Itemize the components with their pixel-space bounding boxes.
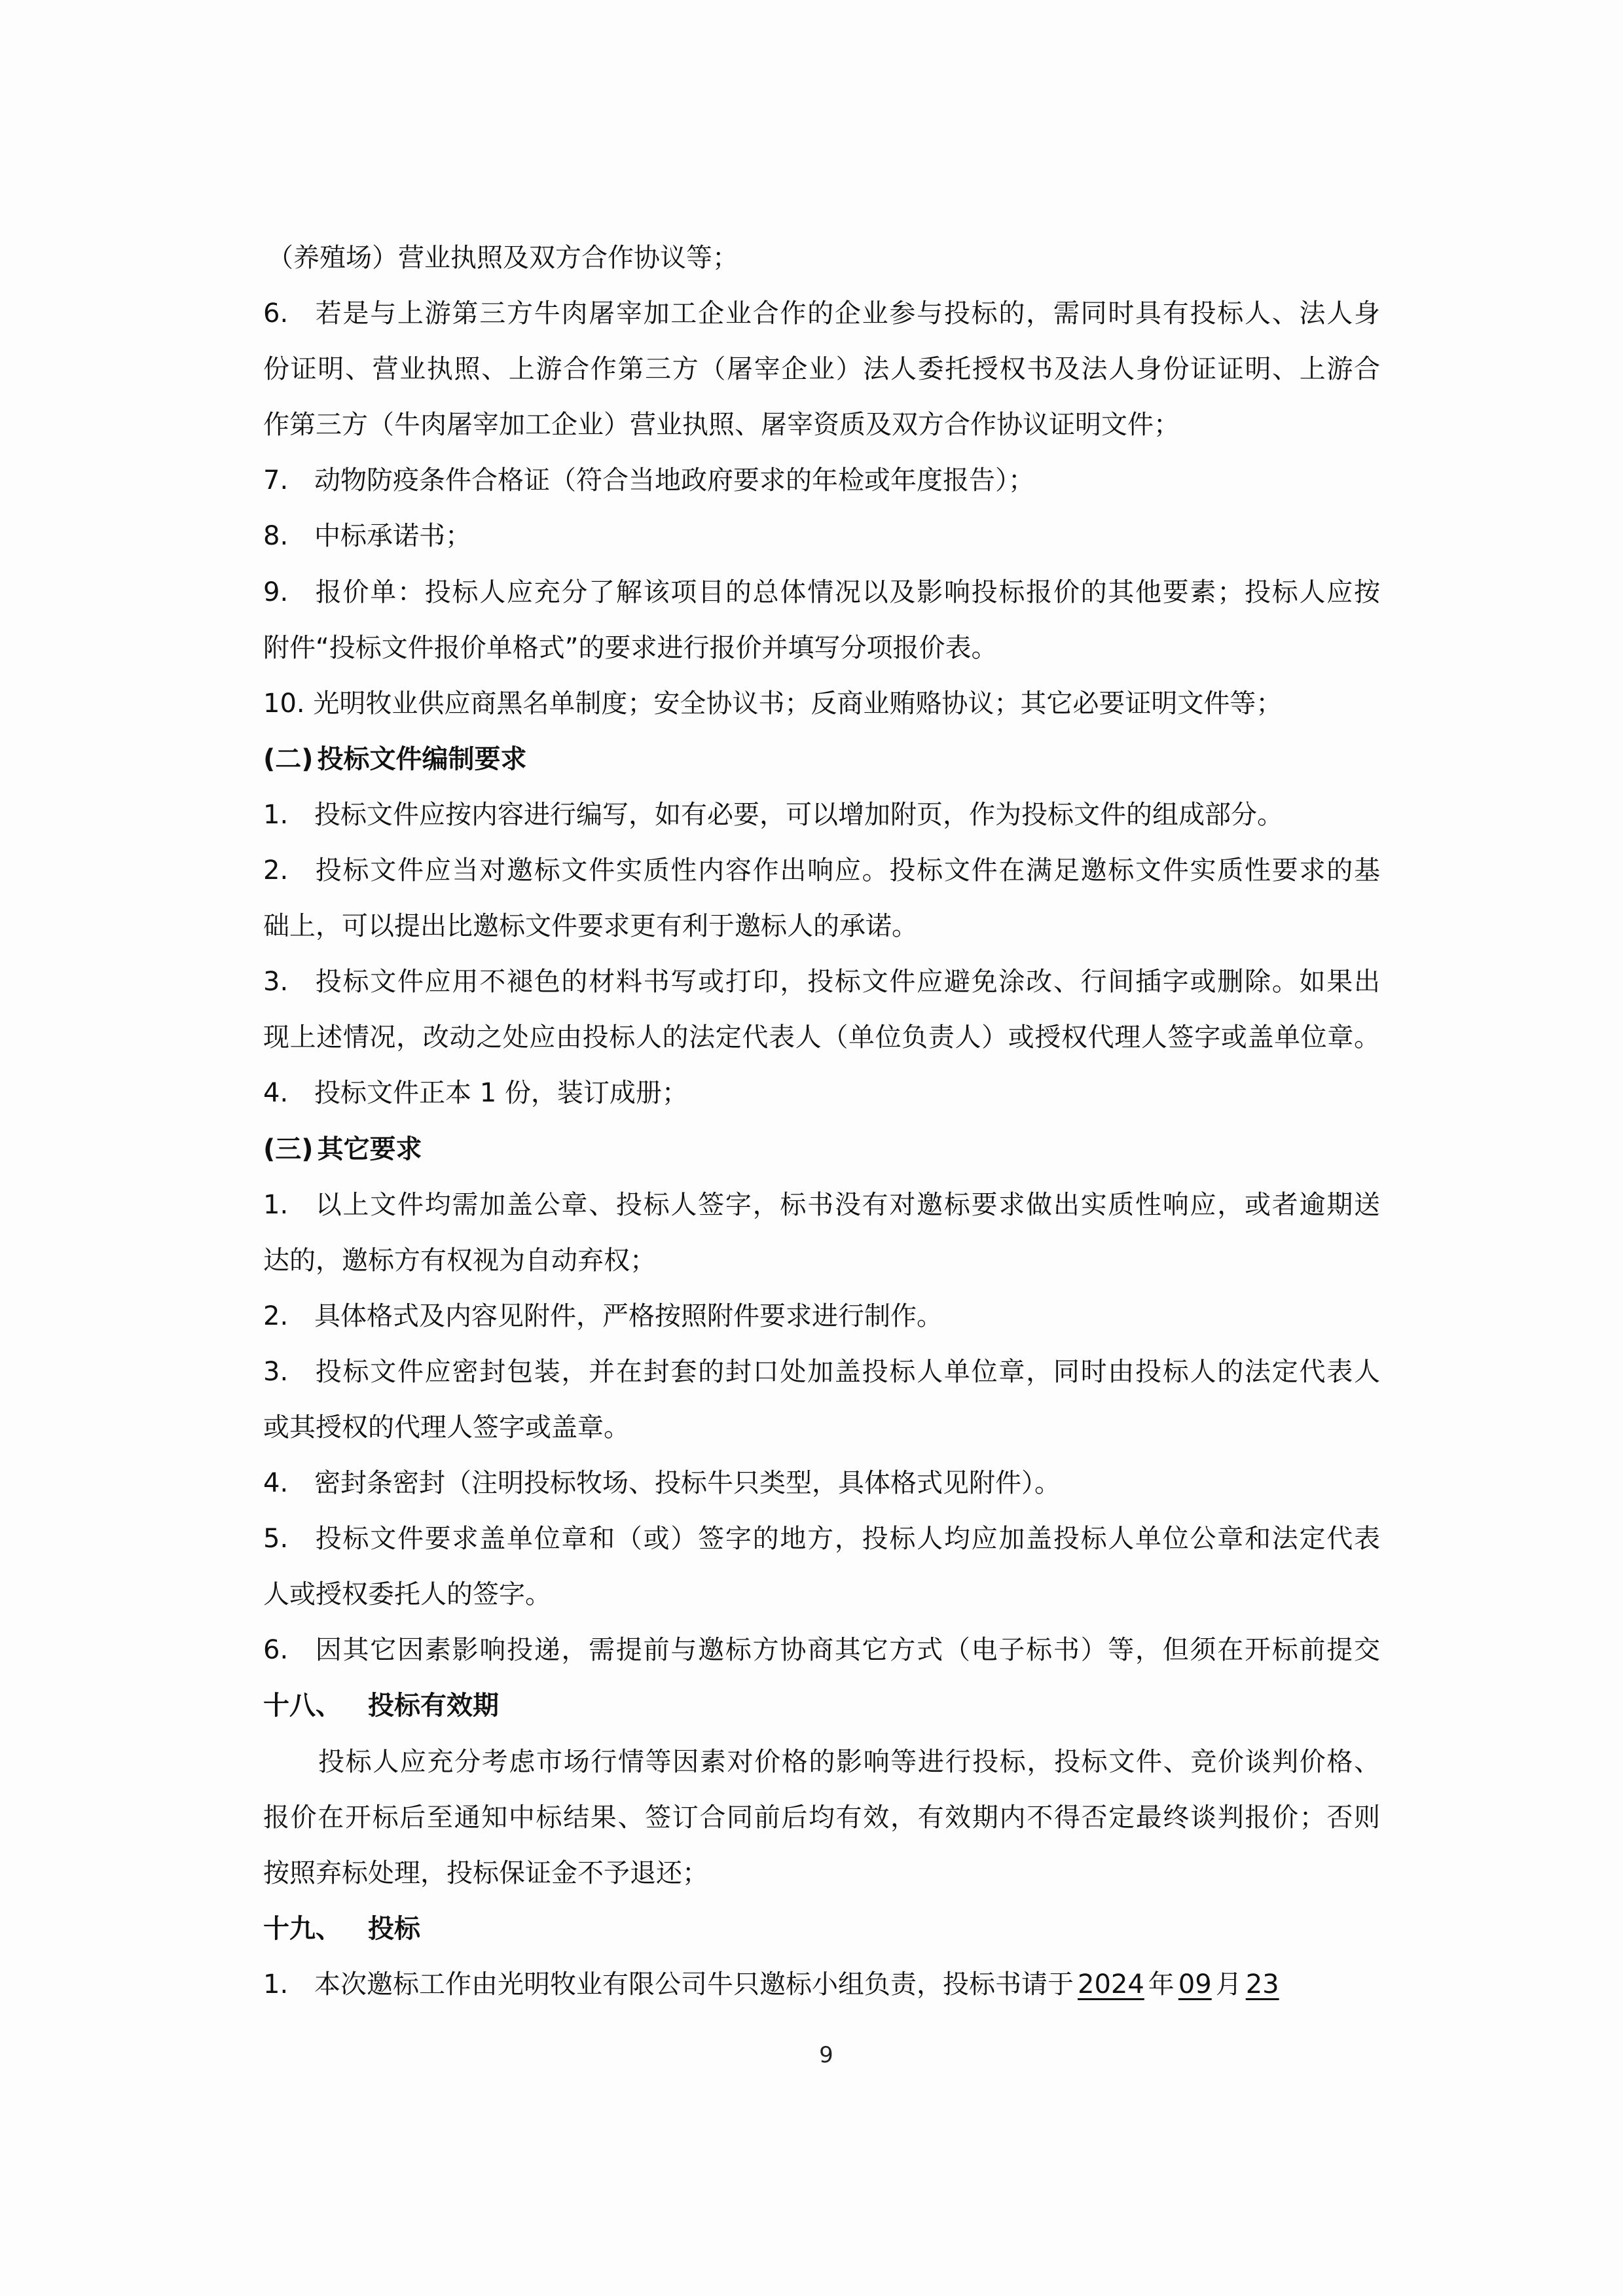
item-text: 础上，可以提出比邀标文件要求更有利于邀标人的承诺。 [263, 911, 918, 941]
month-unit: 月 [1216, 1969, 1242, 2000]
item-number: 5. [263, 1511, 314, 1567]
item-number: 1. [263, 1957, 314, 2013]
section-heading-3: (三)其它要求 [263, 1122, 1380, 1177]
list-item-10: 10. 光明牧业供应商黑名单制度；安全协议书；反商业贿赂协议；其它必要证明文件等… [263, 676, 1380, 732]
document-body: （养殖场）营业执照及双方合作协议等； 6.若是与上游第三方牛肉屠宰加工企业合作的… [263, 230, 1380, 2013]
section-heading-18: 十八、投标有效期 [263, 1678, 1380, 1734]
list-item-8: 8.中标承诺书； [263, 509, 1380, 564]
document-page: （养殖场）营业执照及双方合作协议等； 6.若是与上游第三方牛肉屠宰加工企业合作的… [0, 0, 1623, 2296]
text-line: 或其授权的代理人签字或盖章。 [263, 1400, 1380, 1456]
heading-title: 投标文件编制要求 [318, 744, 527, 774]
paragraph-text: 报价在开标后至通知中标结果、签订合同前后均有效，有效期内不得否定最终谈判报价；否… [263, 1803, 1380, 1833]
item-5-continuation: （养殖场）营业执照及双方合作协议等； [267, 243, 739, 273]
item-text: 若是与上游第三方牛肉屠宰加工企业合作的企业参与投标的，需同时具有投标人、法人身 [314, 298, 1380, 329]
list-item: 3.投标文件应用不褪色的材料书写或打印，投标文件应避免涂改、行间插字或删除。如果… [263, 954, 1380, 1010]
item-number: 1. [263, 1177, 314, 1233]
deadline-day: 23 [1242, 1969, 1283, 2000]
paragraph-line: 按照弃标处理，投标保证金不予退还； [263, 1846, 1380, 1901]
item-text: 投标文件要求盖单位章和（或）签字的地方，投标人均应加盖投标人单位公章和法定代表 [314, 1524, 1380, 1554]
item-text: 光明牧业供应商黑名单制度；安全协议书；反商业贿赂协议；其它必要证明文件等； [313, 689, 1282, 719]
list-item: 1.以上文件均需加盖公章、投标人签字，标书没有对邀标要求做出实质性响应，或者逾期… [263, 1177, 1380, 1233]
list-item-7: 7.动物防疫条件合格证（符合当地政府要求的年检或年度报告）； [263, 453, 1380, 509]
item-text: 份证明、营业执照、上游合作第三方（屠宰企业）法人委托授权书及法人身份证证明、上游… [263, 354, 1380, 384]
heading-number: (三) [263, 1134, 314, 1164]
text-line: 人或授权委托人的签字。 [263, 1567, 1380, 1623]
list-item-6: 6.若是与上游第三方牛肉屠宰加工企业合作的企业参与投标的，需同时具有投标人、法人… [263, 286, 1380, 342]
item-text: 投标文件应用不褪色的材料书写或打印，投标文件应避免涂改、行间插字或删除。如果出 [314, 967, 1380, 997]
list-item: 6.因其它因素影响投递，需提前与邀标方协商其它方式（电子标书）等，但须在开标前提… [263, 1623, 1380, 1678]
heading-title: 其它要求 [318, 1134, 422, 1164]
list-item: 2.投标文件应当对邀标文件实质性内容作出响应。投标文件在满足邀标文件实质性要求的… [263, 843, 1380, 899]
paragraph-line: 报价在开标后至通知中标结果、签订合同前后均有效，有效期内不得否定最终谈判报价；否… [263, 1790, 1380, 1846]
list-item: 1.投标文件应按内容进行编写，如有必要，可以增加附页，作为投标文件的组成部分。 [263, 787, 1380, 843]
list-item: 4.投标文件正本 1 份，装订成册； [263, 1066, 1380, 1121]
item-number: 6. [263, 1623, 314, 1678]
text-line: 础上，可以提出比邀标文件要求更有利于邀标人的承诺。 [263, 899, 1380, 954]
item-text: 投标文件应按内容进行编写，如有必要，可以增加附页，作为投标文件的组成部分。 [314, 800, 1283, 830]
item-number: 6. [263, 286, 314, 342]
item-text: 以上文件均需加盖公章、投标人签字，标书没有对邀标要求做出实质性响应，或者逾期送 [314, 1190, 1380, 1220]
item-text: 现上述情况，改动之处应由投标人的法定代表人（单位负责人）或授权代理人签字或盖单位… [263, 1022, 1380, 1052]
paragraph-text: 投标人应充分考虑市场行情等因素对价格的影响等进行投标，投标文件、竞价谈判价格、 [318, 1747, 1380, 1777]
text-line: 作第三方（牛肉屠宰加工企业）营业执照、屠宰资质及双方合作协议证明文件； [263, 397, 1380, 453]
list-item-9: 9.报价单：投标人应充分了解该项目的总体情况以及影响投标报价的其他要素；投标人应… [263, 565, 1380, 620]
item-text: 人或授权委托人的签字。 [263, 1579, 551, 1609]
item-text: 动物防疫条件合格证（符合当地政府要求的年检或年度报告）； [314, 465, 1034, 495]
item-number: 3. [263, 1344, 314, 1400]
deadline-month: 09 [1175, 1969, 1216, 2000]
item-text: 投标文件应密封包装，并在封套的封口处加盖投标人单位章，同时由投标人的法定代表人 [314, 1357, 1380, 1387]
text-line: 附件“投标文件报价单格式”的要求进行报价并填写分项报价表。 [263, 620, 1380, 676]
item-text: 因其它因素影响投递，需提前与邀标方协商其它方式（电子标书）等，但须在开标前提交 [314, 1635, 1380, 1665]
item-text: 报价单：投标人应充分了解该项目的总体情况以及影响投标报价的其他要素；投标人应按 [314, 577, 1380, 607]
item-number: 3. [263, 954, 314, 1010]
text-line: 现上述情况，改动之处应由投标人的法定代表人（单位负责人）或授权代理人签字或盖单位… [263, 1010, 1380, 1066]
item-text: 密封条密封（注明投标牧场、投标牛只类型，具体格式见附件）。 [314, 1468, 1061, 1498]
year-unit: 年 [1148, 1969, 1175, 2000]
item-number: 2. [263, 843, 314, 899]
deadline-year: 2024 [1074, 1969, 1148, 2000]
heading-title: 投标有效期 [368, 1691, 499, 1721]
text-line: （养殖场）营业执照及双方合作协议等； [263, 230, 1380, 286]
heading-title: 投标 [368, 1914, 420, 1944]
text-line: 达的，邀标方有权视为自动弃权； [263, 1233, 1380, 1289]
item-number: 10. [263, 689, 305, 719]
list-item: 5.投标文件要求盖单位章和（或）签字的地方，投标人均应加盖投标人单位公章和法定代… [263, 1511, 1380, 1567]
item-text: 或其授权的代理人签字或盖章。 [263, 1412, 630, 1443]
item-number: 4. [263, 1066, 314, 1121]
item-text: 投标文件正本 1 份，装订成册； [314, 1078, 688, 1108]
list-item: 3.投标文件应密封包装，并在封套的封口处加盖投标人单位章，同时由投标人的法定代表… [263, 1344, 1380, 1400]
list-item: 4.密封条密封（注明投标牧场、投标牛只类型，具体格式见附件）。 [263, 1456, 1380, 1511]
list-item: 1.本次邀标工作由光明牧业有限公司牛只邀标小组负责，投标书请于2024年09月2… [263, 1957, 1380, 2013]
item-number: 2. [263, 1289, 314, 1344]
heading-number: (二) [263, 744, 314, 774]
heading-number: 十八、 [263, 1678, 368, 1734]
item-text: 附件“投标文件报价单格式”的要求进行报价并填写分项报价表。 [263, 633, 997, 663]
paragraph-line: 投标人应充分考虑市场行情等因素对价格的影响等进行投标，投标文件、竞价谈判价格、 [263, 1734, 1380, 1790]
item-number: 8. [263, 509, 314, 564]
item-number: 4. [263, 1456, 314, 1511]
item-text: 作第三方（牛肉屠宰加工企业）营业执照、屠宰资质及双方合作协议证明文件； [263, 410, 1180, 440]
text-line: 份证明、营业执照、上游合作第三方（屠宰企业）法人委托授权书及法人身份证证明、上游… [263, 342, 1380, 397]
item-text: 具体格式及内容见附件，严格按照附件要求进行制作。 [314, 1301, 943, 1331]
section-heading-19: 十九、投标 [263, 1901, 1380, 1957]
item-text: 本次邀标工作由光明牧业有限公司牛只邀标小组负责，投标书请于 [314, 1969, 1074, 2000]
item-text: 达的，邀标方有权视为自动弃权； [263, 1246, 656, 1276]
item-text: 投标文件应当对邀标文件实质性内容作出响应。投标文件在满足邀标文件实质性要求的基 [314, 855, 1380, 886]
item-number: 1. [263, 787, 314, 843]
heading-number: 十九、 [263, 1901, 368, 1957]
page-number: 9 [811, 2037, 841, 2073]
section-heading-2: (二)投标文件编制要求 [263, 732, 1380, 787]
paragraph-text: 按照弃标处理，投标保证金不予退还； [263, 1858, 708, 1888]
item-text: 中标承诺书； [314, 521, 471, 551]
item-number: 7. [263, 453, 314, 509]
item-number: 9. [263, 565, 314, 620]
list-item: 2.具体格式及内容见附件，严格按照附件要求进行制作。 [263, 1289, 1380, 1344]
